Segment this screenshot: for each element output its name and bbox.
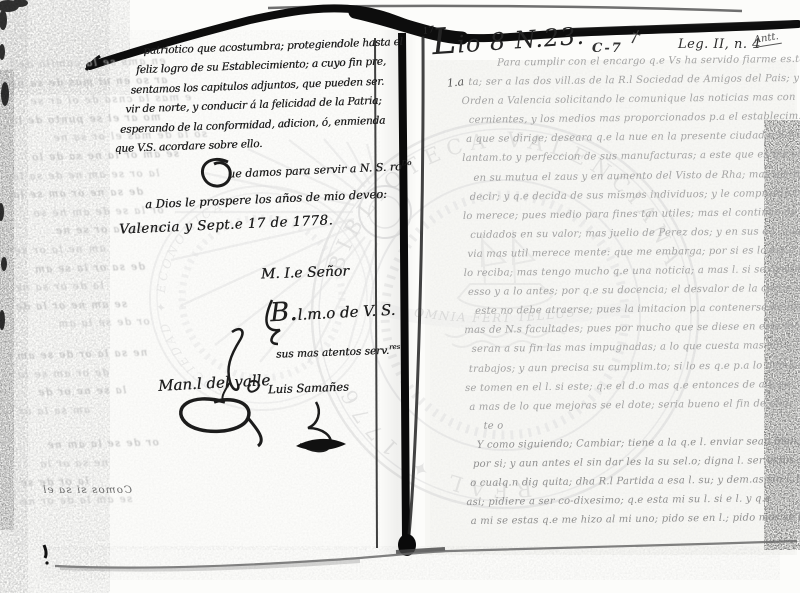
corner-ink-dot bbox=[45, 561, 48, 564]
courtesy-superscript: res bbox=[389, 343, 400, 351]
bleedthrough-line: de or am se la bbox=[16, 364, 109, 385]
bleedthrough-line: ne sa la or de se am bbox=[16, 345, 148, 367]
letter-body: patriotico que acostumbra; protegiendole… bbox=[143, 33, 407, 158]
signature-samanes: Luis Samañes bbox=[268, 380, 349, 397]
valediction-superscript: Do bbox=[401, 159, 411, 167]
corner-ink-mark bbox=[44, 545, 46, 558]
right-page-line: a mi se estas q.e me hizo al mi uno; pid… bbox=[471, 508, 800, 532]
bleedthrough-line: am ne la or se bbox=[13, 241, 106, 262]
bleedthrough-line: la se ne or de bbox=[37, 382, 127, 403]
bleedthrough-line: ne sa or la bbox=[39, 455, 109, 475]
bleedthrough-line: la de or sa ne bbox=[14, 278, 104, 299]
manuscript-scan: SOCIEDAD ✦ ECONOMICA BIBLIOTECA VALENCIA… bbox=[0, 0, 800, 593]
right-page-body: Para cumplir con el encargo q.e Vs ha se… bbox=[465, 49, 800, 531]
margin-mark: 1.a bbox=[446, 75, 464, 90]
bleedthrough-line: de sa or la se am bbox=[33, 258, 145, 279]
right-page-line: a mas de lo que mejoras se el dote; seri… bbox=[469, 393, 800, 417]
bleedthrough-line: or de se la am ne bbox=[46, 435, 159, 457]
salutation: M. I.e Señor bbox=[261, 263, 349, 282]
bleedthrough-dark-fragment: Comos si sa el bbox=[42, 484, 132, 496]
bleedthrough-line: am sa la or bbox=[17, 402, 90, 422]
bleedthrough-line: or de se la am bbox=[57, 314, 150, 335]
